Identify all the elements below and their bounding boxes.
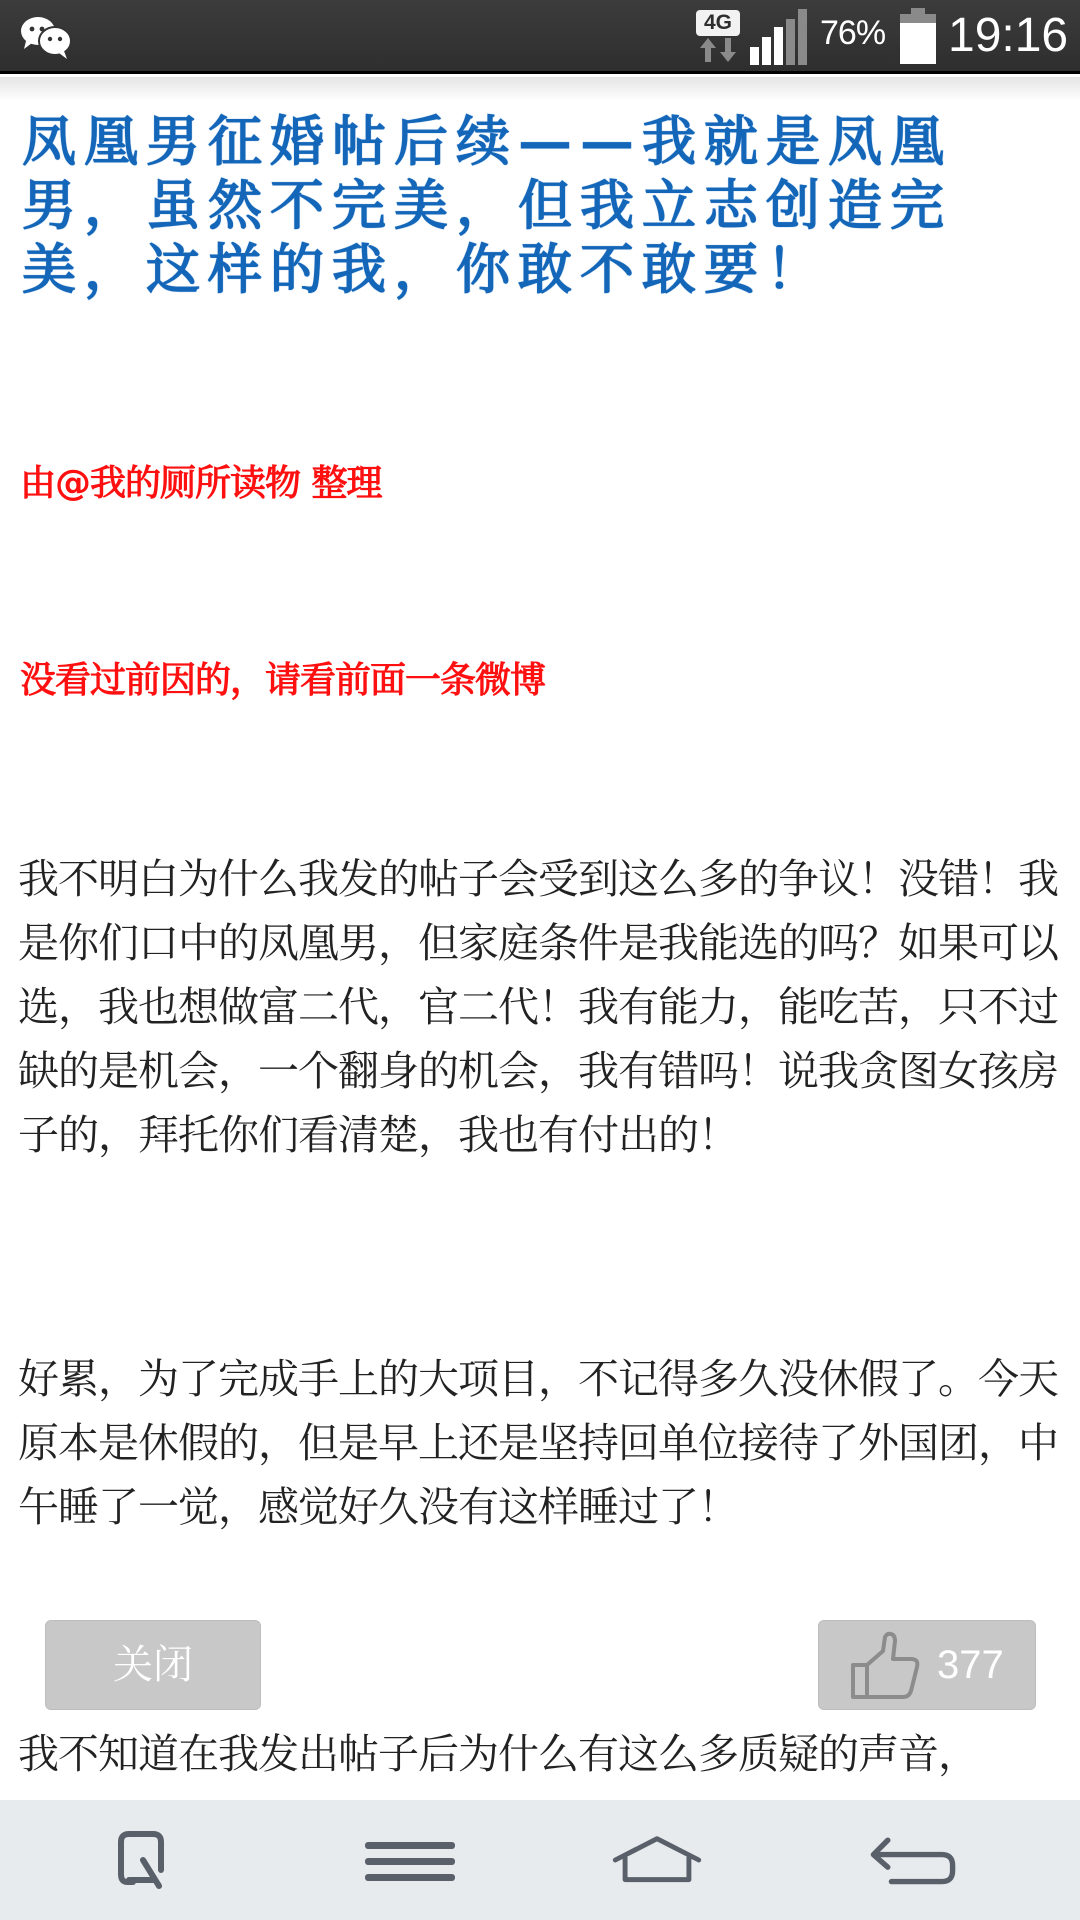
like-button[interactable]: 377 [818,1620,1036,1710]
article-headline: 凤凰男征婚帖后续——我就是凤凰男，虽然不完美，但我立志创造完美，这样的我，你敢不… [22,109,1022,301]
article-paragraph: 好累，为了完成手上的大项目，不记得多久没休假了。今天原本是休假的，但是早上还是坚… [18,1347,1058,1539]
network-type-badge: 4G [696,10,740,36]
menu-icon[interactable] [365,1830,455,1890]
navigation-bar [0,1800,1080,1920]
article-paragraph: 我不明白为什么我发的帖子会受到这么多的争议！没错！我是你们口中的凤凰男，但家庭条… [18,847,1058,1167]
home-icon[interactable] [612,1830,702,1890]
close-button[interactable]: 关闭 [45,1620,261,1710]
article-paragraph: 我不知道在我发出帖子后为什么有这么多质疑的声音， [18,1722,1058,1801]
signal-bars-icon [750,9,810,65]
article-credit: 由@我的厕所读物 整理 [20,455,382,506]
data-arrows-icon [696,36,740,64]
clock: 19:16 [948,8,1068,63]
thumbs-up-icon [847,1631,927,1701]
article-notice: 没看过前因的，请看前面一条微博 [20,652,545,703]
recent-apps-icon[interactable] [115,1830,205,1890]
back-icon[interactable] [868,1830,958,1890]
close-button-label: 关闭 [46,1621,260,1709]
network-indicator: 4G [696,10,742,68]
article-content[interactable]: 凤凰男征婚帖后续——我就是凤凰男，虽然不完美，但我立志创造完美，这样的我，你敢不… [0,77,1080,1801]
like-count: 377 [937,1621,1004,1709]
wechat-icon [18,14,74,60]
battery-icon [900,8,936,64]
battery-percent: 76% [820,14,885,53]
status-bar: 4G 76% 19:16 [0,0,1080,74]
